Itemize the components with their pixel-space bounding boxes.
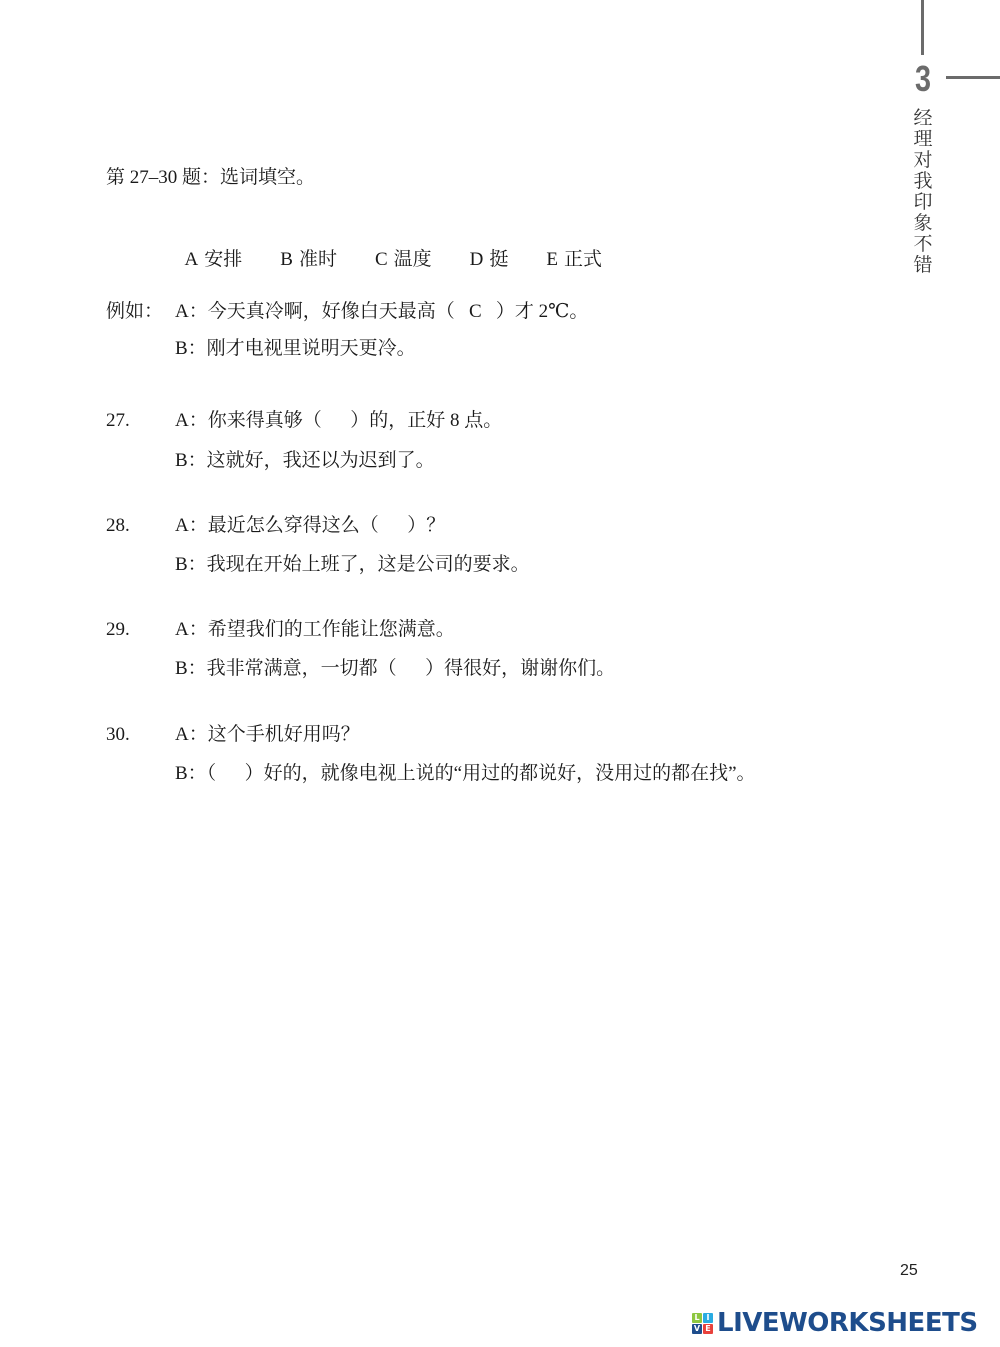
word-bank: A安排B准时C温度D挺E正式 — [175, 224, 640, 272]
choice-e: E正式 — [546, 248, 602, 272]
question-30-line-a: A：这个手机好用吗？ — [175, 723, 360, 747]
question-28-line-b: B：我现在开始上班了，这是公司的要求。 — [175, 553, 530, 577]
choice-d: D挺 — [470, 248, 509, 272]
page-number: 25 — [900, 1262, 918, 1280]
example-line-b: B：刚才电视里说明天更冷。 — [175, 337, 416, 361]
chapter-title: 经理对我印象不错 — [910, 108, 936, 276]
example-line-a: A：今天真冷啊，好像白天最高（ C ）才 2℃。 — [175, 300, 588, 324]
liveworksheets-logo-icon: L I V E — [692, 1313, 713, 1334]
question-28-line-a[interactable]: A：最近怎么穿得这么（ ）？ — [175, 514, 445, 538]
question-number: 28. — [106, 514, 130, 538]
example-label: 例如： — [106, 300, 163, 324]
question-number: 29. — [106, 618, 130, 642]
liveworksheets-logo[interactable]: L I V E LIVEWORKSHEETS — [692, 1309, 978, 1337]
choice-a: A安排 — [185, 248, 243, 272]
choice-b: B准时 — [280, 248, 337, 272]
question-30-line-b[interactable]: B：（ ）好的，就像电视上说的“用过的都说好，没用过的都在找”。 — [175, 762, 756, 786]
instructions: 第 27–30 题：选词填空。 — [106, 166, 315, 190]
chapter-divider-vertical — [921, 0, 924, 55]
question-29-line-a: A：希望我们的工作能让您满意。 — [175, 618, 455, 642]
choice-c: C温度 — [375, 248, 432, 272]
chapter-divider-horizontal — [946, 76, 1000, 79]
chapter-number: 3 — [913, 60, 934, 98]
question-number: 27. — [106, 409, 130, 433]
question-29-line-b[interactable]: B：我非常满意，一切都（ ）得很好，谢谢你们。 — [175, 657, 615, 681]
question-number: 30. — [106, 723, 130, 747]
question-27-line-b: B：这就好，我还以为迟到了。 — [175, 449, 435, 473]
logo-text: LIVEWORKSHEETS — [717, 1309, 978, 1337]
question-27-line-a[interactable]: A：你来得真够（ ）的，正好 8 点。 — [175, 409, 502, 433]
